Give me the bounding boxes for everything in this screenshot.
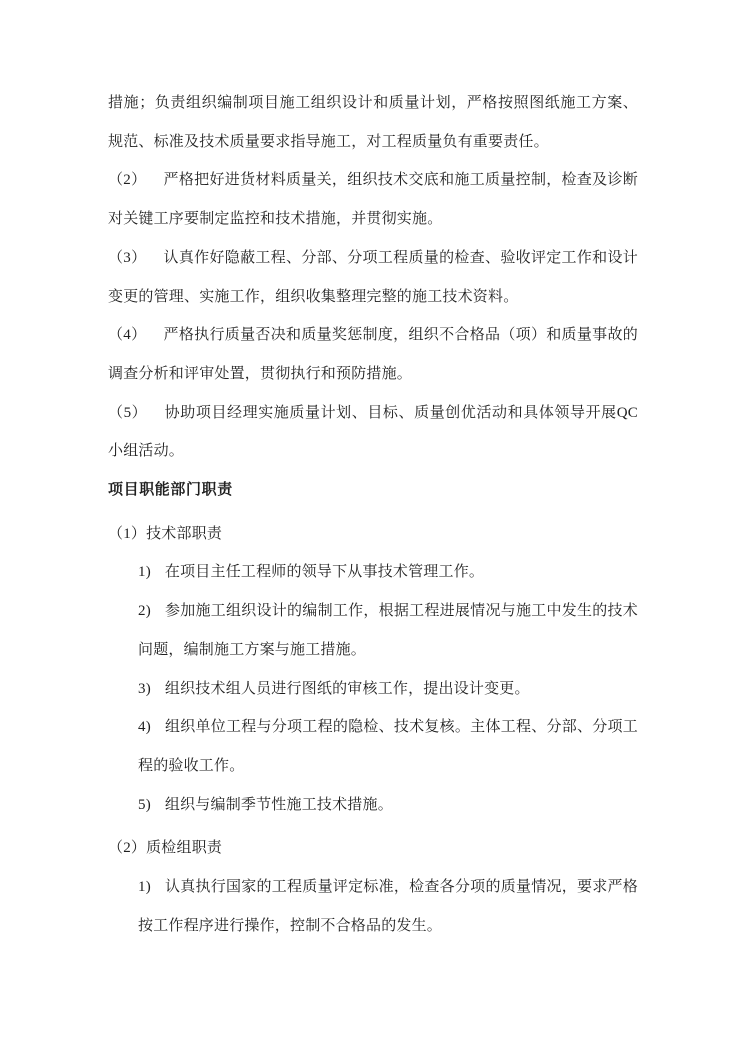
list-item: 3)组织技术组人员进行图纸的审核工作，提出设计变更。 (138, 670, 638, 709)
list-item-text: 认真执行国家的工程质量评定标准，检查各分项的质量情况，要求严格按工作程序进行操作… (138, 879, 638, 934)
list-item: 1)认真执行国家的工程质量评定标准，检查各分项的质量情况，要求严格按工作程序进行… (138, 868, 638, 945)
list-item-text: 组织与编制季节性施工技术措施。 (165, 797, 393, 813)
document-page: 措施；负责组织编制项目施工组织设计和质量计划，严格按照图纸施工方案、规范、标准及… (0, 0, 744, 1052)
list-item-text: 组织单位工程与分项工程的隐检、技术复核。主体工程、分部、分项工程的验收工作。 (138, 719, 638, 774)
section-title-text: 技术部职责 (146, 526, 222, 542)
list-item-text: 组织技术组人员进行图纸的审核工作，提出设计变更。 (165, 681, 530, 697)
paragraph-text: 严格执行质量否决和质量奖惩制度，组织不合格品（项）和质量事故的调查分析和评审处置… (108, 327, 638, 382)
list-item-number: 3) (138, 681, 151, 697)
paragraph: 措施；负责组织编制项目施工组织设计和质量计划，严格按照图纸施工方案、规范、标准及… (108, 84, 638, 161)
paragraph-text: 措施；负责组织编制项目施工组织设计和质量计划，严格按照图纸施工方案、规范、标准及… (108, 95, 638, 150)
list-item-number: 2) (138, 603, 151, 619)
paragraph: （2）严格把好进货材料质量关，组织技术交底和施工质量控制，检查及诊断对关键工序要… (108, 161, 638, 238)
paragraph-label: （3） (108, 250, 146, 266)
section-label: （1） (108, 526, 146, 542)
section-title: （1）技术部职责 (108, 515, 638, 554)
section-title-text: 质检组职责 (146, 840, 222, 856)
paragraph-text: 认真作好隐蔽工程、分部、分项工程质量的检查、验收评定工作和设计变更的管理、实施工… (108, 250, 638, 305)
paragraph-text: 协助项目经理实施质量计划、目标、质量创优活动和具体领导开展QC小组活动。 (108, 405, 638, 460)
section-heading: 项目职能部门职责 (108, 471, 638, 510)
paragraph-label: （4） (108, 327, 146, 343)
list-item: 1)在项目主任工程师的领导下从事技术管理工作。 (138, 553, 638, 592)
list-item: 5)组织与编制季节性施工技术措施。 (138, 786, 638, 825)
paragraph-text: 严格把好进货材料质量关，组织技术交底和施工质量控制，检查及诊断对关键工序要制定监… (108, 172, 638, 227)
section-label: （2） (108, 840, 146, 856)
list-item-text: 参加施工组织设计的编制工作，根据工程进展情况与施工中发生的技术问题，编制施工方案… (138, 603, 638, 658)
paragraph-label: （5） (108, 405, 147, 421)
list-item-text: 在项目主任工程师的领导下从事技术管理工作。 (165, 564, 484, 580)
paragraph-label: （2） (108, 172, 146, 188)
list-item: 2)参加施工组织设计的编制工作，根据工程进展情况与施工中发生的技术问题，编制施工… (138, 592, 638, 669)
list-item-number: 4) (138, 719, 151, 735)
list-item: 4)组织单位工程与分项工程的隐检、技术复核。主体工程、分部、分项工程的验收工作。 (138, 708, 638, 785)
list-item-number: 1) (138, 879, 151, 895)
paragraph: （4）严格执行质量否决和质量奖惩制度，组织不合格品（项）和质量事故的调查分析和评… (108, 316, 638, 393)
paragraph: （5）协助项目经理实施质量计划、目标、质量创优活动和具体领导开展QC小组活动。 (108, 394, 638, 471)
list-item-number: 1) (138, 564, 151, 580)
list-item-number: 5) (138, 797, 151, 813)
paragraph: （3）认真作好隐蔽工程、分部、分项工程质量的检查、验收评定工作和设计变更的管理、… (108, 239, 638, 316)
section-title: （2）质检组职责 (108, 829, 638, 868)
